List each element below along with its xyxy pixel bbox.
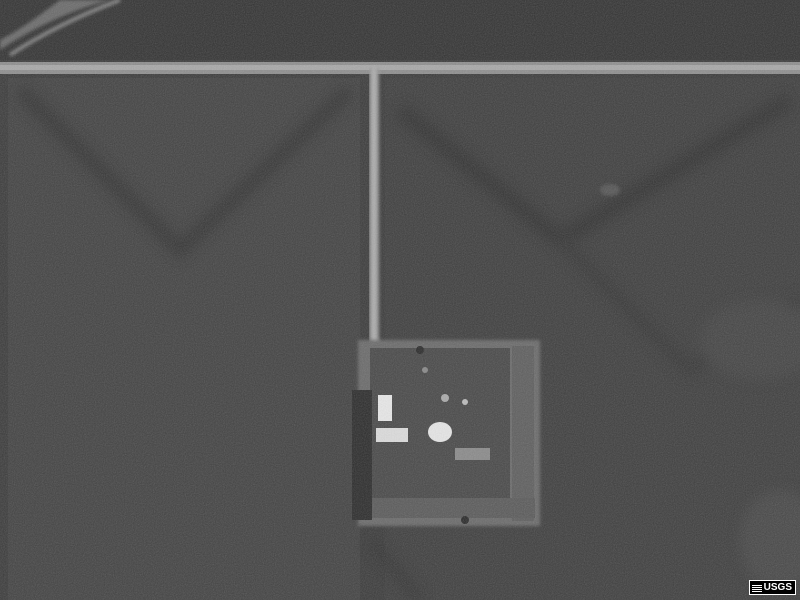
attribution-label: USGS (764, 582, 792, 593)
usgs-logo-icon (752, 584, 762, 592)
usgs-attribution: USGS (749, 580, 796, 595)
aerial-photo (0, 0, 800, 600)
